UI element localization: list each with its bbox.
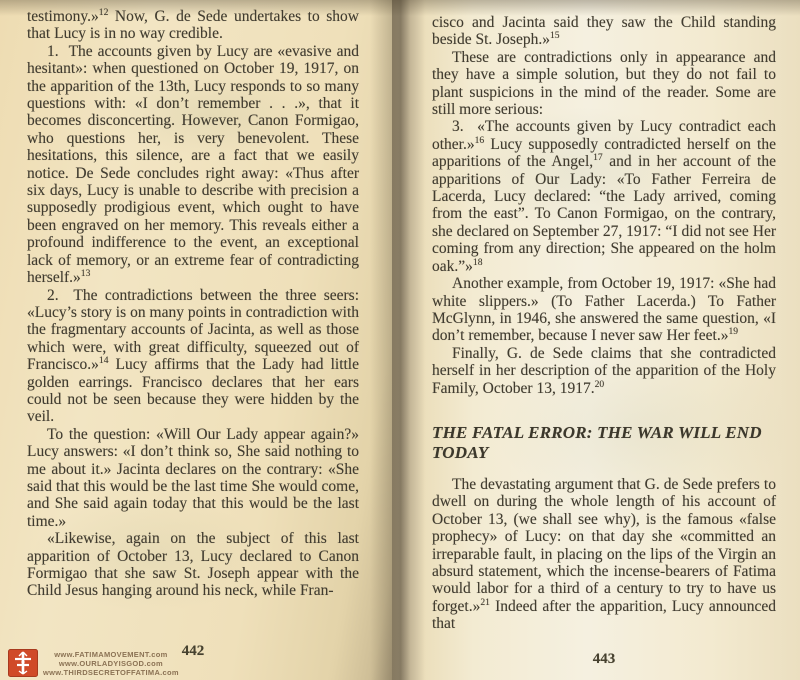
watermark-urls: www.FATIMAMOVEMENT.com www.OURLADYISGOD.…	[43, 650, 179, 677]
paragraph: testimony.»12 Now, G. de Sede undertakes…	[27, 8, 359, 43]
section-heading: THE FATAL ERROR: THE WAR WILL END TODAY	[432, 423, 776, 463]
paragraph: Finally, G. de Sede claims that she cont…	[432, 345, 776, 397]
paragraph: 3. «The accounts given by Lucy contradic…	[432, 118, 776, 275]
page-number-right: 443	[432, 651, 776, 668]
book-scan: testimony.»12 Now, G. de Sede undertakes…	[0, 0, 800, 680]
watermark-url: www.OURLADYISGOD.com	[59, 659, 163, 668]
left-page-text-column: testimony.»12 Now, G. de Sede undertakes…	[27, 8, 359, 600]
watermark: www.FATIMAMOVEMENT.com www.OURLADYISGOD.…	[8, 649, 179, 677]
paragraph: cisco and Jacinta said they saw the Chil…	[432, 14, 776, 49]
paragraph: Another example, from October 19, 1917: …	[432, 275, 776, 345]
right-page-text-column: cisco and Jacinta said they saw the Chil…	[432, 14, 776, 633]
fatima-cross-logo-icon	[8, 649, 38, 677]
watermark-url: www.FATIMAMOVEMENT.com	[54, 650, 167, 659]
paragraph: To the question: «Will Our Lady appear a…	[27, 426, 359, 530]
watermark-url: www.THIRDSECRETOFFATIMA.com	[43, 668, 179, 677]
paragraph: 1. The accounts given by Lucy are «evasi…	[27, 43, 359, 287]
paragraph: The devastating argument that G. de Sede…	[432, 476, 776, 633]
paragraph: 2. The contradictions between the three …	[27, 287, 359, 426]
paragraph: These are contradictions only in appeara…	[432, 49, 776, 119]
paragraph: «Likewise, again on the subject of this …	[27, 530, 359, 600]
